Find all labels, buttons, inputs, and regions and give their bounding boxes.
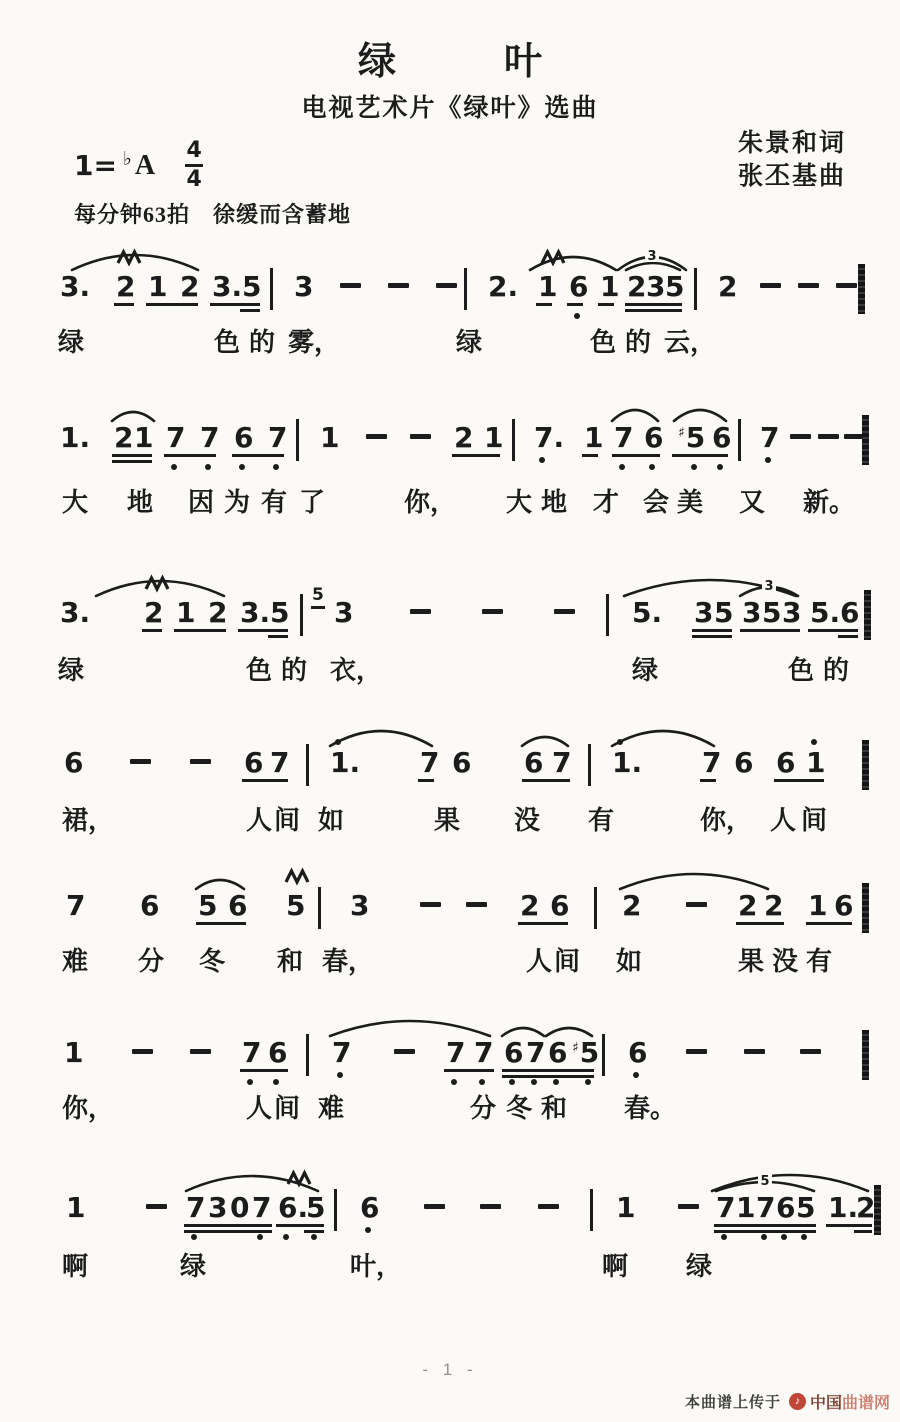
digit: 7 xyxy=(446,1036,465,1069)
lyric-syllable: 和 xyxy=(277,941,303,978)
digit: 6 xyxy=(734,746,753,779)
lyric-syllable: 为 xyxy=(224,482,250,519)
octave-dot-below xyxy=(761,1234,767,1240)
note-digit: 1 xyxy=(538,272,557,303)
note-digit: 2 xyxy=(627,272,646,303)
digit: 2 xyxy=(208,596,227,629)
lyric-syllable: 绿 xyxy=(456,322,482,359)
digit: 5. xyxy=(810,596,840,629)
sharp-accidental: ♯ xyxy=(678,425,685,441)
note-digit: 5 xyxy=(286,891,305,922)
lyric-syllable: 衣， xyxy=(330,650,382,687)
note-digit: 5 xyxy=(270,598,289,629)
ornament-layer xyxy=(0,702,900,758)
note-digit: 3 xyxy=(694,598,713,629)
octave-dot-below xyxy=(531,1079,537,1085)
digit: 5 xyxy=(580,1036,599,1069)
note-digit: 6 xyxy=(524,748,543,779)
digit: 5 xyxy=(686,421,705,454)
slur xyxy=(620,874,768,889)
digit: 6 xyxy=(268,1036,287,1069)
digit: 6 xyxy=(452,746,471,779)
lyric-syllable: 果 xyxy=(434,800,460,837)
barline xyxy=(334,1189,337,1231)
digit: 3 xyxy=(742,596,761,629)
note-digit: 6 xyxy=(234,423,253,454)
octave-dot-below xyxy=(717,464,723,470)
digit: 3 xyxy=(334,596,353,629)
digit: 7 xyxy=(702,746,721,779)
lyric-syllable: 才 xyxy=(593,482,619,519)
lyric-syllable: 色 xyxy=(214,322,240,359)
note-digit: 6 xyxy=(452,748,471,779)
note-digit: 2 xyxy=(114,423,133,454)
octave-dot-below xyxy=(247,1079,253,1085)
beam-line xyxy=(418,779,434,782)
note-digit: 7 xyxy=(420,748,439,779)
beam-line xyxy=(518,922,568,925)
digit: 1 xyxy=(148,270,167,303)
ornament-layer: 3 xyxy=(0,552,900,608)
digit: 1. xyxy=(60,421,90,454)
digit: 7 xyxy=(526,1036,545,1069)
digit: 2 xyxy=(520,889,539,922)
digit: 3. xyxy=(60,270,90,303)
tuplet-number: 3 xyxy=(764,579,773,594)
note-digit: 7 xyxy=(716,1193,735,1224)
final-barline xyxy=(862,740,869,790)
beam-line xyxy=(114,303,134,306)
beam-line xyxy=(582,454,598,457)
octave-dot-below xyxy=(191,1234,197,1240)
digit: 6 xyxy=(360,1191,379,1224)
note-digit: 6 xyxy=(712,423,731,454)
note-digit: 5. xyxy=(632,598,662,629)
digit: 7 xyxy=(200,421,219,454)
note-digit: 7 xyxy=(270,748,289,779)
barline xyxy=(512,419,515,461)
note-digit: 7 xyxy=(252,1193,271,1224)
title-char-2: 叶 xyxy=(504,30,542,85)
duration-dash xyxy=(366,434,387,439)
site-name-dark: 中国 xyxy=(810,1390,842,1413)
digit: 7 xyxy=(268,421,287,454)
barline xyxy=(296,419,299,461)
digit: 1 xyxy=(484,421,503,454)
digit: 1. xyxy=(828,1191,858,1224)
duration-dash xyxy=(844,434,865,439)
barline xyxy=(594,887,597,929)
note-digit: 3 xyxy=(782,598,801,629)
beam-line xyxy=(444,1069,494,1072)
note-digit: 7 xyxy=(702,748,721,779)
final-barline xyxy=(858,264,865,314)
beam-line xyxy=(240,309,260,312)
duration-dash xyxy=(686,1049,707,1054)
duration-dash xyxy=(482,609,503,614)
digit: 6 xyxy=(834,889,853,922)
slur xyxy=(712,1175,868,1191)
beam-line xyxy=(714,1230,816,1233)
note-digit: 7 xyxy=(526,1038,545,1069)
note-digit: 7 xyxy=(186,1193,205,1224)
duration-dash xyxy=(410,434,431,439)
slur xyxy=(674,410,726,421)
duration-dash xyxy=(678,1204,699,1209)
lyric-syllable: 绿 xyxy=(632,650,658,687)
beam-line xyxy=(196,922,246,925)
lyric-syllable: 的 xyxy=(823,650,849,687)
digit: 3. xyxy=(212,270,242,303)
duration-dash xyxy=(190,1049,211,1054)
note-digit: 7 xyxy=(200,423,219,454)
slur xyxy=(626,263,680,270)
duration-dash xyxy=(420,902,441,907)
duration-dash xyxy=(760,283,781,288)
lyric-syllable: 人 xyxy=(246,800,272,837)
duration-dash xyxy=(436,283,457,288)
digit: 6 xyxy=(628,1036,647,1069)
lyric-syllable: 裙， xyxy=(62,800,114,837)
octave-dot-below xyxy=(283,1234,289,1240)
digit: 6. xyxy=(278,1191,308,1224)
note-digit: 3. xyxy=(212,272,242,303)
digit: 6 xyxy=(548,1036,567,1069)
slur xyxy=(186,1176,318,1191)
octave-dot-below xyxy=(451,1079,457,1085)
note-digit: 7 xyxy=(474,1038,493,1069)
lyric-syllable: 云， xyxy=(664,322,716,359)
beam-line xyxy=(174,629,226,632)
duration-dash xyxy=(466,902,487,907)
digit: 1 xyxy=(134,421,153,454)
final-barline xyxy=(862,883,869,933)
beam-line xyxy=(692,635,732,638)
lyric-syllable: 难 xyxy=(318,1088,344,1125)
lyric-syllable: 的 xyxy=(249,322,275,359)
beam-line xyxy=(522,779,570,782)
octave-dot-above xyxy=(335,739,341,745)
note-digit: 1 xyxy=(600,272,619,303)
slur xyxy=(112,412,154,421)
note-digit: ♯5 xyxy=(572,1038,599,1069)
note-digit: 3 xyxy=(646,272,665,303)
digit: 6 xyxy=(840,596,859,629)
lyric-syllable: 间 xyxy=(274,800,300,837)
lyric-syllable: 和 xyxy=(541,1088,567,1125)
site-name-light: 曲谱网 xyxy=(842,1390,890,1413)
lyric-syllable: 有 xyxy=(588,800,614,837)
barline xyxy=(694,268,697,310)
beam-line xyxy=(854,1230,872,1233)
credits: 朱景和词 张丕基曲 xyxy=(738,128,846,193)
note-digit: 1 xyxy=(584,423,603,454)
beam-line xyxy=(838,635,858,638)
slur xyxy=(740,587,798,596)
note-digit: 5 xyxy=(306,1193,325,1224)
composer-credit: 张丕基曲 xyxy=(738,161,846,194)
note-digit: 1 xyxy=(736,1193,755,1224)
tuplet-number: 3 xyxy=(647,249,656,264)
lyric-syllable: 春， xyxy=(322,941,374,978)
time-denominator: 4 xyxy=(185,169,203,191)
barline xyxy=(270,268,273,310)
digit: 1 xyxy=(600,270,619,303)
note-digit: 6 xyxy=(228,891,247,922)
note-digit: 7 xyxy=(332,1038,351,1069)
slur xyxy=(522,737,568,746)
note-digit: 1 xyxy=(320,423,339,454)
grace-beam xyxy=(311,606,325,609)
beam-line xyxy=(700,779,716,782)
note-digit: 6 xyxy=(840,598,859,629)
lyric-syllable: 你， xyxy=(404,482,456,519)
duration-dash xyxy=(800,1049,821,1054)
note-digit: 7 xyxy=(66,891,85,922)
final-barline xyxy=(874,1185,881,1235)
duration-dash xyxy=(818,434,839,439)
octave-dot-below xyxy=(721,1234,727,1240)
digit: 6 xyxy=(524,746,543,779)
lyric-syllable: 有 xyxy=(261,482,287,519)
note-digit: 5 xyxy=(762,598,781,629)
digit: 1 xyxy=(806,746,825,779)
duration-dash xyxy=(744,1049,765,1054)
slur xyxy=(612,731,714,746)
note-digit: 1. xyxy=(330,748,360,779)
digit: 3. xyxy=(60,596,90,629)
digit: 6 xyxy=(776,746,795,779)
sheet-page: 绿 叶 电视艺术片《绿叶》选曲 1=♭A 4 4 朱景和词 张丕基曲 每分钟63… xyxy=(0,0,900,1422)
beam-line xyxy=(268,635,288,638)
note-digit: 1 xyxy=(808,891,827,922)
lyric-syllable: 冬 xyxy=(506,1088,532,1125)
note-digit: 6 xyxy=(776,1193,795,1224)
lyric-syllable: 色 xyxy=(590,322,616,359)
beam-line xyxy=(740,629,800,632)
octave-dot-above xyxy=(811,739,817,745)
digit: 1 xyxy=(616,1191,635,1224)
digit: 5 xyxy=(270,596,289,629)
digit: 7 xyxy=(66,889,85,922)
beam-line xyxy=(210,303,260,306)
duration-dash xyxy=(480,1204,501,1209)
lyric-syllable: 人 xyxy=(770,800,796,837)
grace-note: 5 xyxy=(312,586,324,605)
digit: 6 xyxy=(776,1191,795,1224)
digit: 5 xyxy=(312,585,324,605)
note-digit: 3. xyxy=(240,598,270,629)
note-digit: 7 xyxy=(268,423,287,454)
lyric-syllable: 没 xyxy=(772,941,798,978)
beam-line xyxy=(672,454,728,457)
lyric-syllable: 如 xyxy=(616,941,642,978)
slur xyxy=(716,1182,814,1191)
note-digit: 6 xyxy=(569,272,588,303)
mordent-ornament xyxy=(542,252,564,263)
digit: 3 xyxy=(208,1191,227,1224)
beam-line xyxy=(806,922,852,925)
lyric-syllable: 绿 xyxy=(686,1246,712,1283)
octave-dot-below xyxy=(649,464,655,470)
note-digit: 1 xyxy=(64,1038,83,1069)
slur xyxy=(530,257,616,270)
barline xyxy=(606,594,609,636)
digit: 3 xyxy=(782,596,801,629)
digit: 6 xyxy=(140,889,159,922)
lyric-syllable: 人 xyxy=(526,941,552,978)
beam-line xyxy=(304,1230,324,1233)
mordent-ornament xyxy=(288,1173,310,1184)
note-digit: 1. xyxy=(612,748,642,779)
duration-dash xyxy=(790,434,811,439)
beam-line xyxy=(242,779,288,782)
digit: 2 xyxy=(454,421,473,454)
barline xyxy=(306,744,309,786)
mordent-ornament xyxy=(146,578,168,589)
note-digit: 5 xyxy=(796,1193,815,1224)
duration-dash xyxy=(836,283,857,288)
octave-dot-below xyxy=(781,1234,787,1240)
digit: 3 xyxy=(646,270,665,303)
octave-dot-below xyxy=(479,1079,485,1085)
digit: 2 xyxy=(856,1191,875,1224)
slur xyxy=(196,880,244,889)
lyric-syllable: 果 xyxy=(738,941,764,978)
note-digit: 1. xyxy=(828,1193,858,1224)
duration-dash xyxy=(424,1204,445,1209)
digit: 5 xyxy=(714,596,733,629)
beam-line xyxy=(714,1224,816,1227)
lyric-syllable: 你， xyxy=(700,800,752,837)
barline xyxy=(306,1034,309,1076)
digit: 2 xyxy=(180,270,199,303)
lyric-syllable: 大 xyxy=(506,482,532,519)
digit: 2 xyxy=(738,889,757,922)
beam-line xyxy=(142,629,162,632)
digit: 5 xyxy=(198,889,217,922)
key-signature: 1=♭A 4 4 xyxy=(74,140,203,191)
digit: 6 xyxy=(234,421,253,454)
slur xyxy=(624,580,796,596)
ornament-layer: 3 xyxy=(0,226,900,282)
digit: 7 xyxy=(420,746,439,779)
digit: 7 xyxy=(332,1036,351,1069)
barline xyxy=(590,1189,593,1231)
lyric-syllable: 啊 xyxy=(62,1246,88,1283)
duration-dash xyxy=(798,283,819,288)
note-digit: 6 xyxy=(644,423,663,454)
beam-line xyxy=(625,309,682,312)
digit: 7 xyxy=(186,1191,205,1224)
lyric-syllable: 冬 xyxy=(199,941,225,978)
slur xyxy=(546,1028,592,1036)
song-subtitle: 电视艺术片《绿叶》选曲 xyxy=(0,88,900,124)
octave-dot-below xyxy=(633,1072,639,1078)
title-char-1: 绿 xyxy=(358,30,396,85)
digit: 5 xyxy=(762,596,781,629)
beam-line xyxy=(625,303,682,306)
lyric-syllable: 春。 xyxy=(624,1088,676,1125)
note-digit: 7 xyxy=(242,1038,261,1069)
ornament-layer: 5 xyxy=(0,1147,900,1203)
site-logo-icon: ♪ xyxy=(789,1393,806,1410)
digit: 2 xyxy=(718,270,737,303)
note-digit: 2 xyxy=(116,272,135,303)
octave-dot-below xyxy=(311,1234,317,1240)
beam-line xyxy=(276,1224,324,1227)
beam-line xyxy=(240,1069,288,1072)
sharp-accidental: ♯ xyxy=(572,1040,579,1056)
duration-dash xyxy=(686,902,707,907)
lyric-syllable: 色 xyxy=(788,650,814,687)
time-numerator: 4 xyxy=(185,140,203,162)
octave-dot-below xyxy=(239,464,245,470)
note-digit: 6 xyxy=(550,891,569,922)
octave-dot-below xyxy=(257,1234,263,1240)
note-digit: 7 xyxy=(446,1038,465,1069)
beam-line xyxy=(808,629,858,632)
note-digit: 6 xyxy=(360,1193,379,1224)
final-barline xyxy=(864,590,871,640)
digit: 3 xyxy=(694,596,713,629)
beam-line xyxy=(774,779,824,782)
mordent-ornament xyxy=(286,871,308,882)
digit: 7 xyxy=(166,421,185,454)
note-digit: 7. xyxy=(534,423,564,454)
octave-dot-below xyxy=(619,464,625,470)
tuplet-number: 5 xyxy=(760,1174,769,1189)
lyric-syllable: 大 xyxy=(62,482,88,519)
note-digit: 6 xyxy=(776,748,795,779)
note-digit: 2 xyxy=(208,598,227,629)
lyric-syllable: 了 xyxy=(299,482,325,519)
digit: 6 xyxy=(64,746,83,779)
octave-dot-below xyxy=(509,1079,515,1085)
digit: 5 xyxy=(242,270,261,303)
beam-line xyxy=(238,629,288,632)
note-digit: 5 xyxy=(242,272,261,303)
note-digit: 2 xyxy=(764,891,783,922)
barline xyxy=(588,744,591,786)
digit: 2 xyxy=(116,270,135,303)
slur xyxy=(96,581,224,596)
lyric-syllable: 分 xyxy=(470,1088,496,1125)
lyric-syllable: 啊 xyxy=(602,1246,628,1283)
digit: 7 xyxy=(552,746,571,779)
duration-dash xyxy=(538,1204,559,1209)
note-digit: 6 xyxy=(268,1038,287,1069)
ornament-layer xyxy=(0,377,900,433)
beam-line xyxy=(536,303,552,306)
lyric-syllable: 没 xyxy=(514,800,540,837)
note-digit: 6 xyxy=(834,891,853,922)
lyric-syllable: 间 xyxy=(554,941,580,978)
octave-dot-below xyxy=(539,457,545,463)
lyric-syllable: 叶， xyxy=(350,1246,402,1283)
note-digit: 5 xyxy=(714,598,733,629)
note-digit: 2 xyxy=(738,891,757,922)
digit: 7. xyxy=(534,421,564,454)
lyric-syllable: 的 xyxy=(281,650,307,687)
digit: 1 xyxy=(736,1191,755,1224)
digit: 3 xyxy=(294,270,313,303)
digit: 7 xyxy=(760,421,779,454)
digit: 5. xyxy=(632,596,662,629)
digit: 2 xyxy=(627,270,646,303)
beam-line xyxy=(598,303,614,306)
octave-dot-below xyxy=(553,1079,559,1085)
